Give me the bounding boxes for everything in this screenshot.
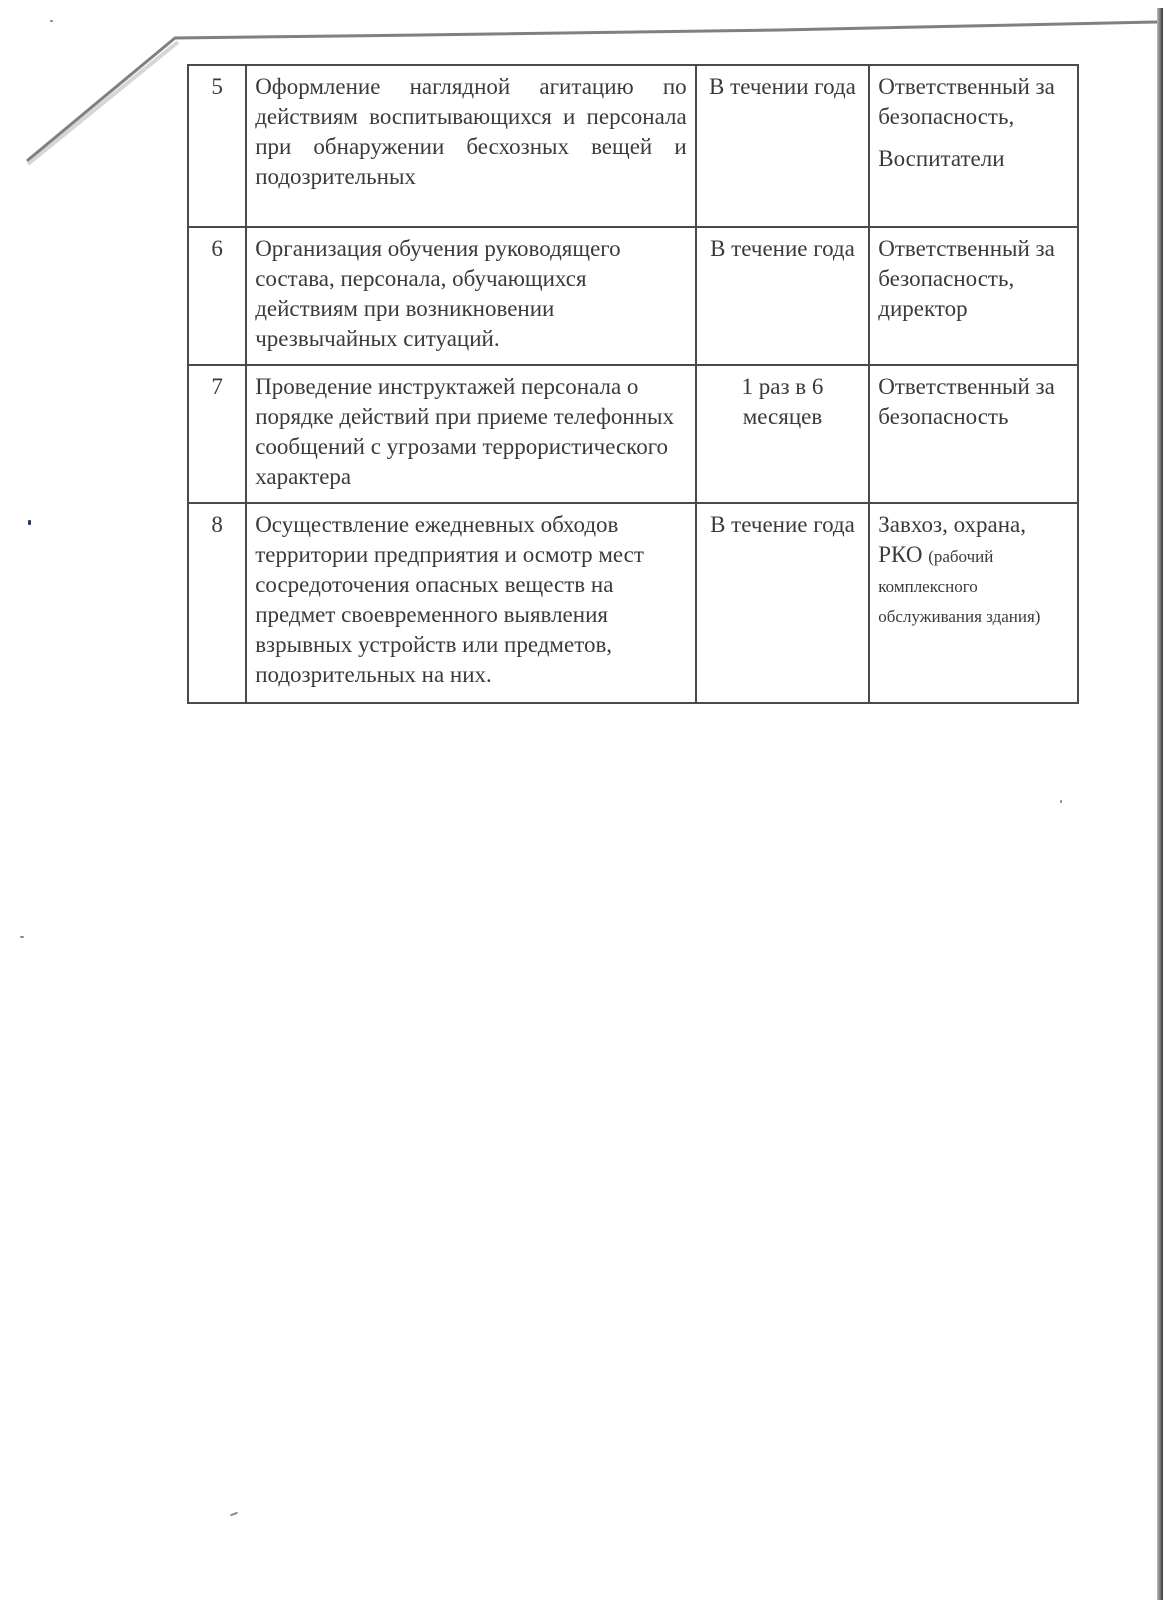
scan-speck [20,936,24,938]
row-number: 6 [188,227,246,365]
table-row: 5 Оформление наглядной агитацию по дейст… [188,65,1078,227]
term-cell: 1 раз в 6 месяцев [696,365,870,503]
scan-speck [50,20,53,22]
row-number: 5 [188,65,246,227]
responsible-cell: Ответственный за безопасность, Воспитате… [869,65,1078,227]
term-cell: В течении года [696,65,870,227]
activity-cell: Осуществление ежедневных обходов террито… [246,503,696,703]
activity-cell: Организация обучения руководящего состав… [246,227,696,365]
security-measures-table: 5 Оформление наглядной агитацию по дейст… [187,64,1079,704]
scan-speck [230,1512,238,1517]
table-row: 8 Осуществление ежедневных обходов терри… [188,503,1078,703]
scan-speck [1060,800,1062,803]
scan-speck [28,520,31,525]
responsible-cell: Ответственный за безопасность, директор [869,227,1078,365]
table-row: 7 Проведение инструктажей персонала о по… [188,365,1078,503]
activity-cell: Оформление наглядной агитацию по действи… [246,65,696,227]
term-cell: В течение года [696,503,870,703]
row-number: 8 [188,503,246,703]
responsible-cell: Ответственный за безопасность [869,365,1078,503]
responsible-cell: Завхоз, охрана, РКО (рабочий комплексног… [869,503,1078,703]
scanner-edge-shadow [1157,8,1163,1600]
responsible-text: Ответственный за безопасность, [878,74,1055,129]
term-cell: В течение года [696,227,870,365]
activity-cell: Проведение инструктажей персонала о поря… [246,365,696,503]
row-number: 7 [188,365,246,503]
responsible-extra: Воспитатели [878,144,1069,174]
table-row: 6 Организация обучения руководящего сост… [188,227,1078,365]
